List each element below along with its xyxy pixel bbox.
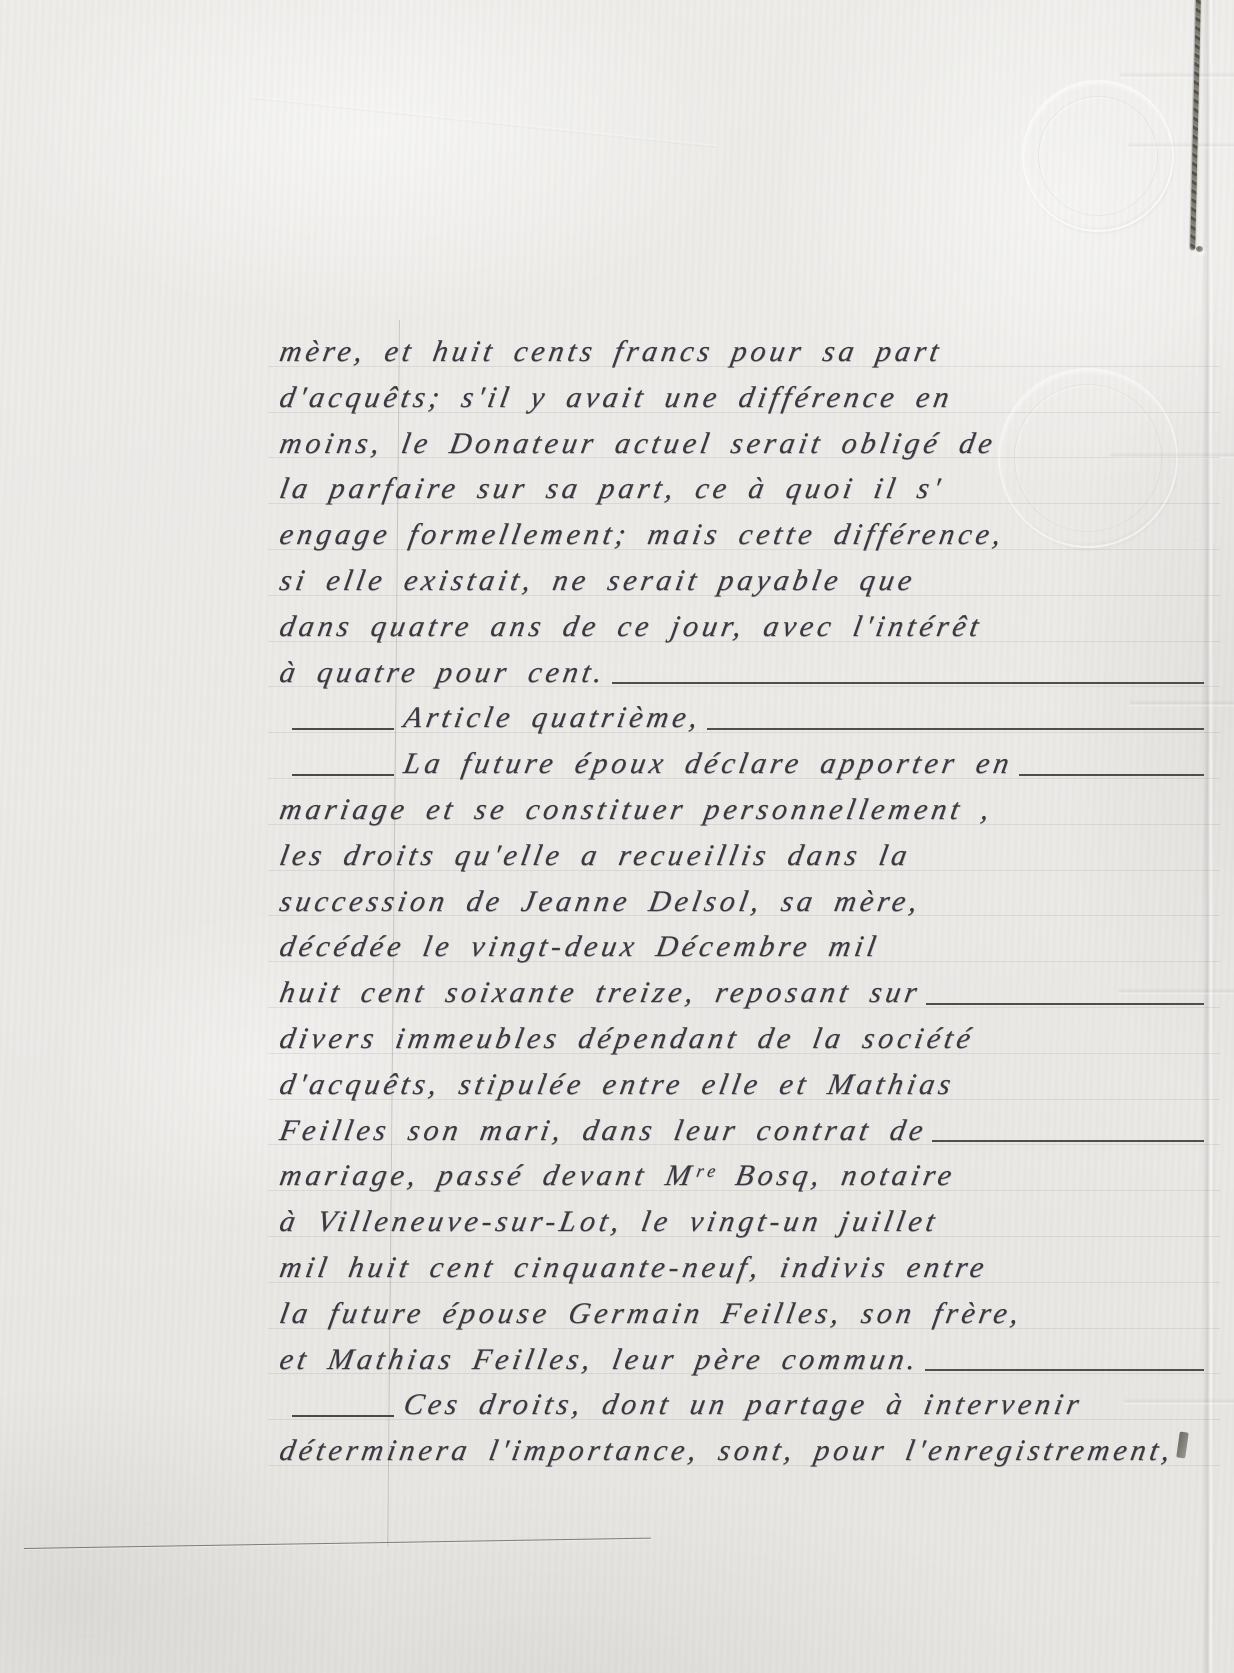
filler-rule (925, 1369, 1204, 1371)
manuscript-line-text: mil huit cent cinquante-neuf, indivis en… (276, 1245, 992, 1291)
manuscript-text: mère, et huit cents francs pour sa part … (276, 329, 1206, 1474)
manuscript-line-text: succession de Jeanne Delsol, sa mère, (276, 879, 925, 925)
manuscript-line: engage formellement; mais cette différen… (276, 512, 1206, 558)
filler-rule (707, 728, 1204, 730)
manuscript-line-text: engage formellement; mais cette différen… (276, 512, 1009, 558)
manuscript-line: d'acquêts; s'il y avait une différence e… (276, 375, 1206, 421)
manuscript-line-text: déterminera l'importance, sont, pour l'e… (276, 1428, 1178, 1474)
manuscript-line: d'acquêts, stipulée entre elle et Mathia… (276, 1062, 1206, 1108)
manuscript-line: les droits qu'elle a recueillis dans la (276, 833, 1206, 879)
manuscript-line: huit cent soixante treize, reposant sur (276, 970, 1206, 1016)
manuscript-line: mil huit cent cinquante-neuf, indivis en… (276, 1245, 1206, 1291)
fold-crease (1128, 142, 1234, 149)
manuscript-line-text: Feilles son mari, dans leur contrat de (276, 1108, 931, 1154)
manuscript-line: la parfaire sur sa part, ce à quoi il s' (276, 466, 1206, 512)
manuscript-line-text: et Mathias Feilles, leur père commun. (276, 1337, 923, 1383)
manuscript-line-text: dans quatre ans de ce jour, avec l'intér… (276, 604, 986, 650)
paragraph-lead-dash (292, 1415, 394, 1417)
manuscript-line-text: mère, et huit cents francs pour sa part (276, 329, 946, 375)
manuscript-line-text: divers immeubles dépendant de la société (276, 1016, 978, 1062)
stitch-hole (1196, 246, 1203, 252)
manuscript-line: divers immeubles dépendant de la société (276, 1016, 1206, 1062)
manuscript-line: mère, et huit cents francs pour sa part (276, 329, 1206, 375)
paragraph-lead-dash (292, 774, 394, 776)
manuscript-line: mariage, passé devant Mʳᵉ Bosq, notaire (276, 1153, 1206, 1199)
manuscript-line-text: La future époux déclare apporter en (400, 741, 1017, 787)
manuscript-line: décédée le vingt-deux Décembre mil (276, 924, 1206, 970)
manuscript-line: moins, le Donateur actuel serait obligé … (276, 421, 1206, 467)
manuscript-line: dans quatre ans de ce jour, avec l'intér… (276, 604, 1206, 650)
document-page: mère, et huit cents francs pour sa part … (0, 0, 1234, 1673)
manuscript-line-text: moins, le Donateur actuel serait obligé … (276, 421, 1000, 467)
manuscript-line: la future épouse Germain Feilles, son fr… (276, 1291, 1206, 1337)
manuscript-line-text: d'acquêts, stipulée entre elle et Mathia… (276, 1062, 958, 1108)
manuscript-line-text: à Villeneuve-sur-Lot, le vingt-un juille… (276, 1199, 942, 1245)
binding-thread (1190, 0, 1201, 250)
manuscript-line: La future époux déclare apporter en (276, 741, 1206, 787)
manuscript-line: si elle existait, ne serait payable que (276, 558, 1206, 604)
manuscript-line: mariage et se constituer personnellement… (276, 787, 1206, 833)
filler-rule (926, 1003, 1204, 1005)
pencil-underline (24, 1538, 651, 1549)
manuscript-line-text: la parfaire sur sa part, ce à quoi il s' (276, 466, 947, 512)
filler-rule (1019, 774, 1204, 776)
manuscript-line-text: huit cent soixante treize, reposant sur (276, 970, 924, 1016)
fold-crease (1120, 72, 1234, 79)
manuscript-line: Ces droits, dont un partage à intervenir (276, 1382, 1206, 1428)
embossed-seal (1022, 80, 1174, 232)
filler-rule (612, 682, 1204, 684)
manuscript-line-text: si elle existait, ne serait payable que (276, 558, 919, 604)
manuscript-line: Article quatrième, (276, 695, 1206, 741)
paragraph-lead-dash (292, 728, 394, 730)
manuscript-line-text: mariage et se constituer personnellement… (276, 787, 997, 833)
manuscript-line-text: la future épouse Germain Feilles, son fr… (276, 1291, 1026, 1337)
manuscript-line-text: les droits qu'elle a recueillis dans la (276, 833, 915, 879)
manuscript-line: Feilles son mari, dans leur contrat de (276, 1108, 1206, 1154)
manuscript-line: à quatre pour cent. (276, 650, 1206, 696)
fold-crease (250, 96, 718, 148)
manuscript-line-text: Ces droits, dont un partage à intervenir (400, 1382, 1086, 1428)
manuscript-line: déterminera l'importance, sont, pour l'e… (276, 1428, 1206, 1474)
manuscript-line-text: Article quatrième, (400, 695, 705, 741)
manuscript-line: à Villeneuve-sur-Lot, le vingt-un juille… (276, 1199, 1206, 1245)
manuscript-line: et Mathias Feilles, leur père commun. (276, 1337, 1206, 1383)
manuscript-line-text: mariage, passé devant Mʳᵉ Bosq, notaire (276, 1153, 959, 1199)
filler-rule (932, 1140, 1204, 1142)
manuscript-line-text: d'acquêts; s'il y avait une différence e… (276, 375, 957, 421)
manuscript-line: succession de Jeanne Delsol, sa mère, (276, 879, 1206, 925)
manuscript-line-text: décédée le vingt-deux Décembre mil (276, 924, 883, 970)
manuscript-line-text: à quatre pour cent. (276, 650, 610, 696)
